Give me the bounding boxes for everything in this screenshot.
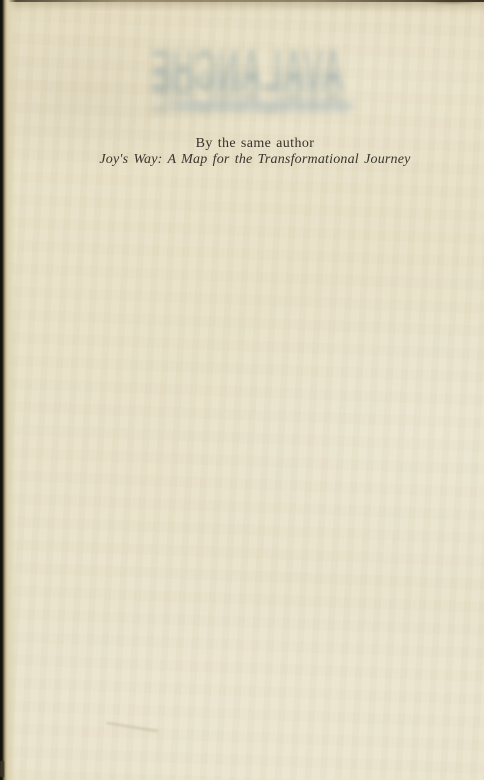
scan-edge-left xyxy=(0,0,16,780)
scanned-book-page: AVALANCHE AVALANCHE By the same author J… xyxy=(0,0,484,780)
scan-mark-bottom-left xyxy=(0,761,4,777)
paper-texture xyxy=(0,0,484,780)
scan-edge-top xyxy=(0,0,484,2)
previous-book-title: Joy's Way: A Map for the Transformationa… xyxy=(26,152,484,169)
byline-text: By the same author xyxy=(26,136,484,152)
bleedthrough-subtitle-smudge xyxy=(174,101,354,111)
scan-smudge-top-right xyxy=(414,0,484,9)
